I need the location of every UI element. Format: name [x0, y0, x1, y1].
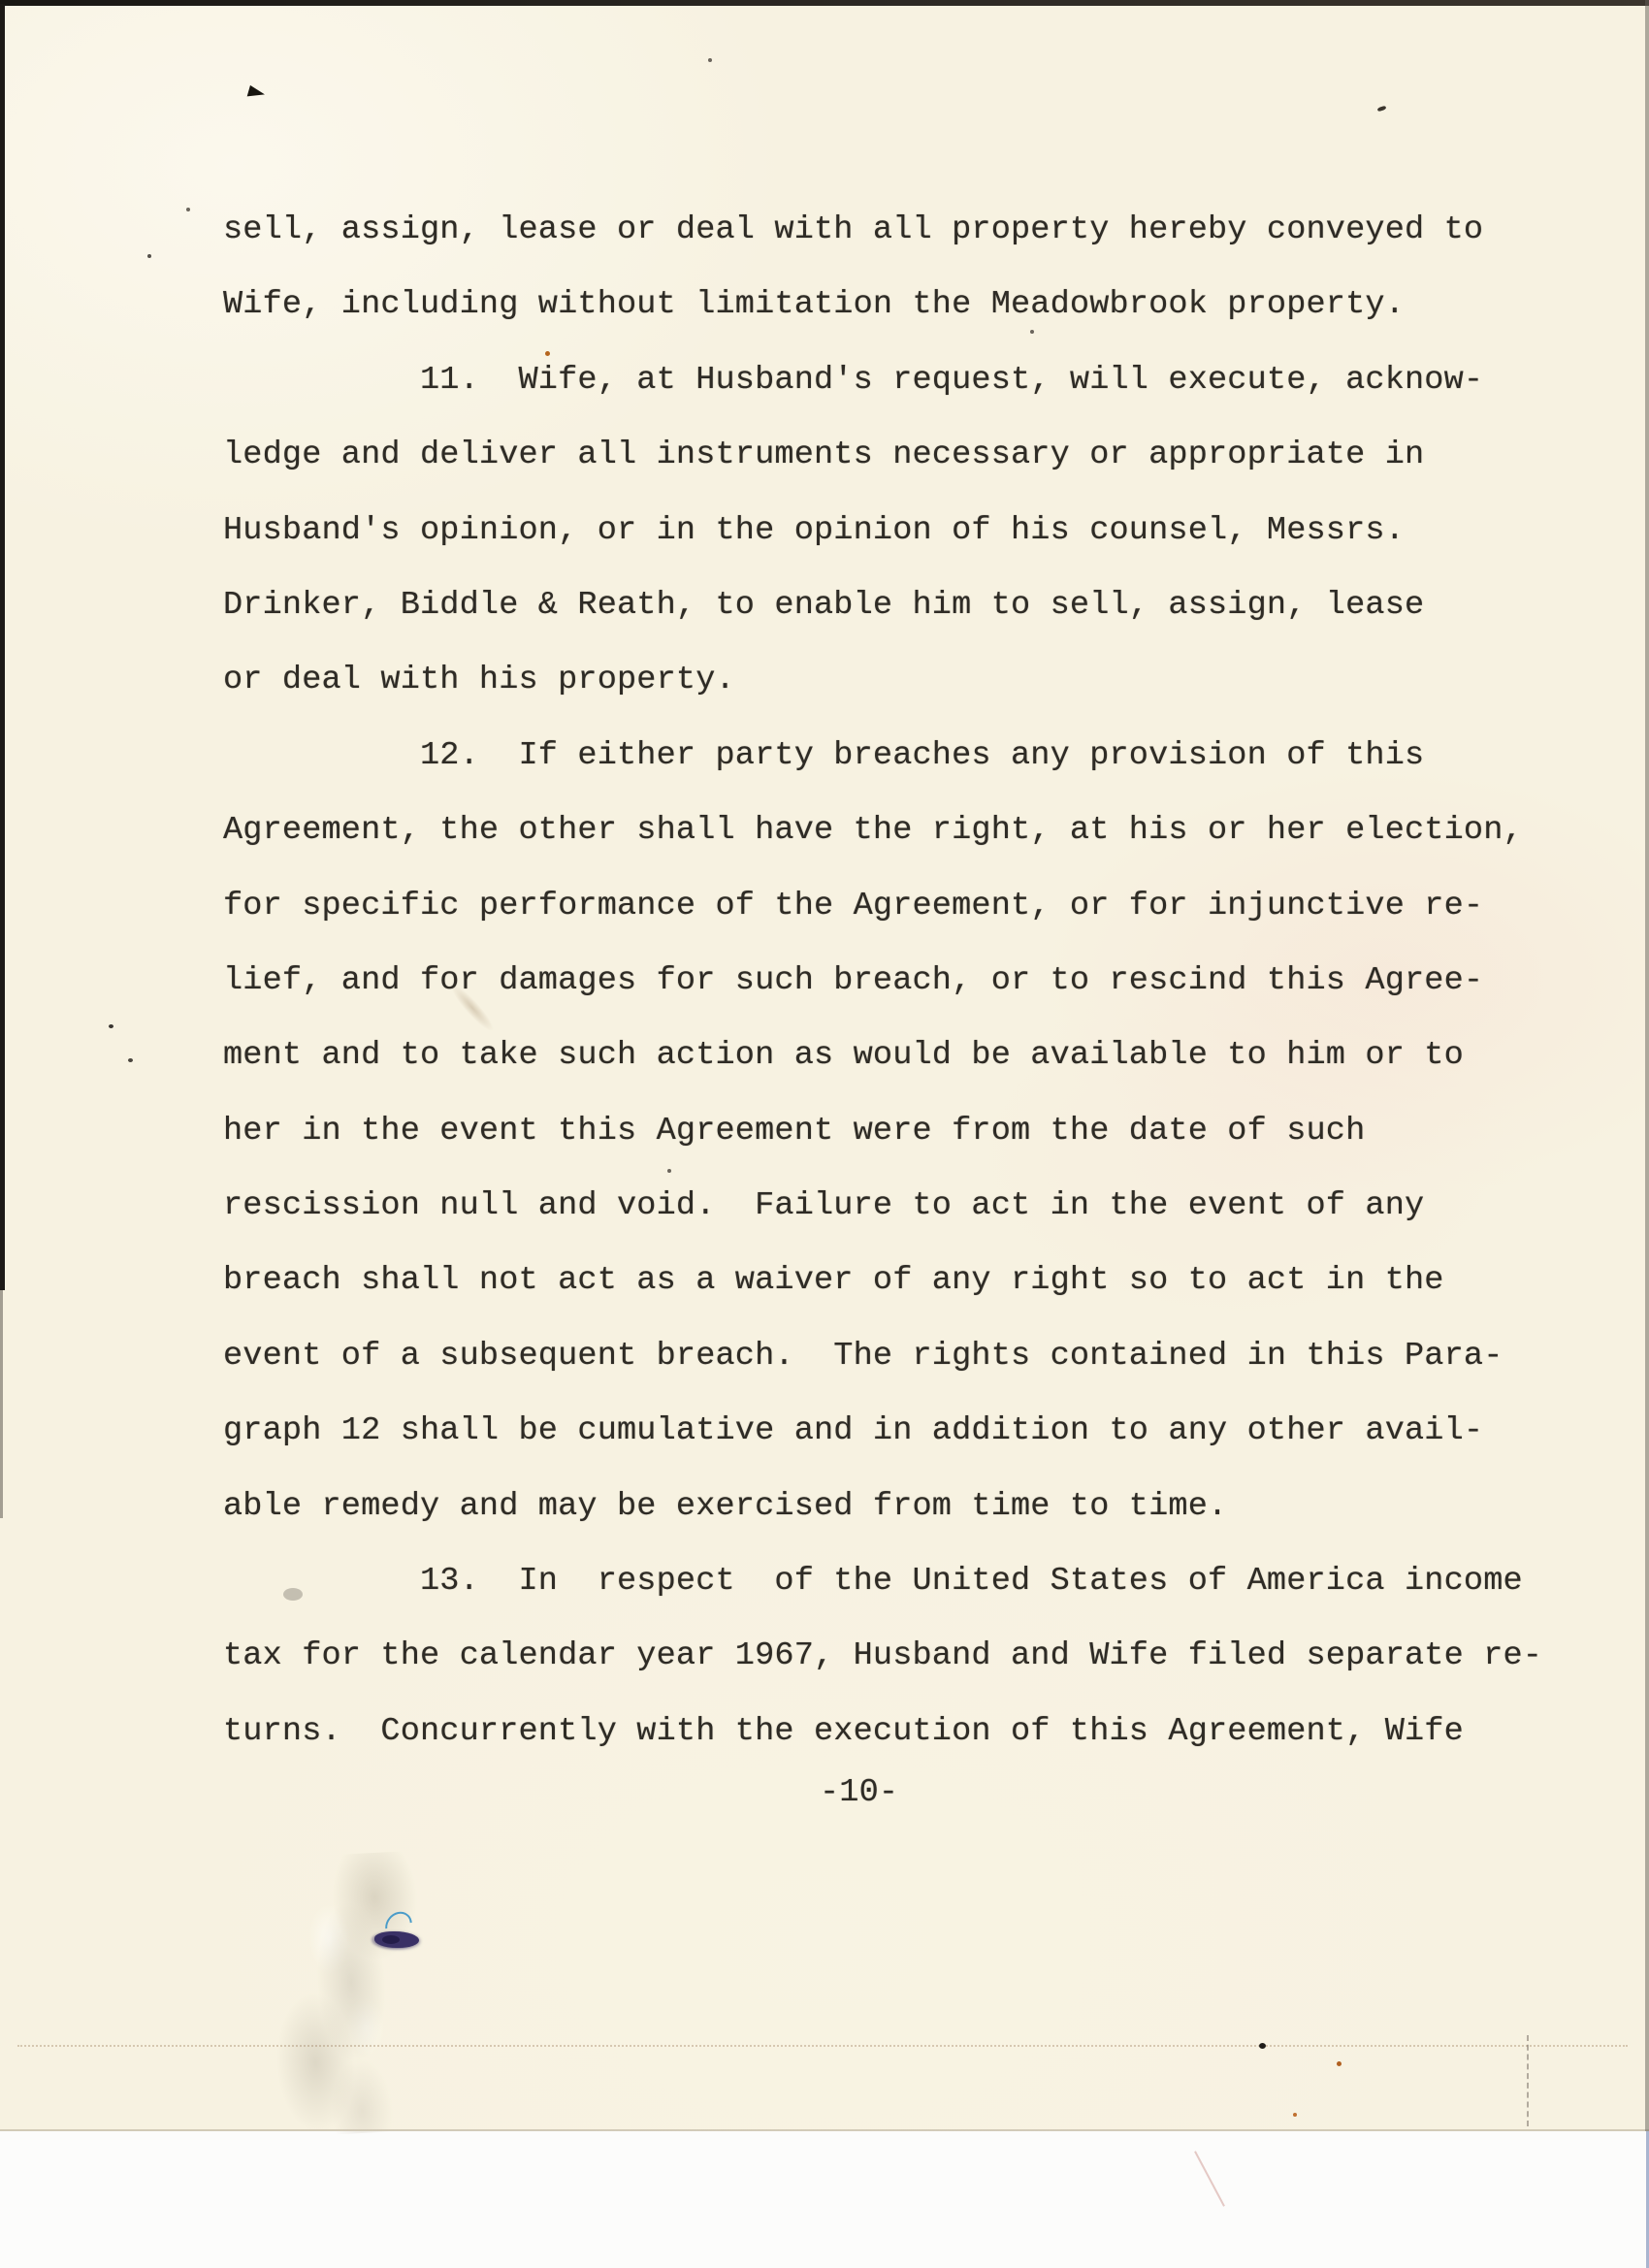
document-line: tax for the calendar year 1967, Husband …: [223, 1619, 1581, 1694]
page-number: -10-: [820, 1773, 898, 1812]
document-line: event of a subsequent breach. The rights…: [223, 1319, 1581, 1394]
document-line: for specific performance of the Agreemen…: [223, 869, 1581, 944]
page-text: sell, assign, lease or deal with all pro…: [223, 193, 1581, 1769]
scan-edge-right: [1645, 0, 1649, 2131]
document-line: rescission null and void. Failure to act…: [223, 1169, 1581, 1244]
document-line: Agreement, the other shall have the righ…: [223, 794, 1581, 868]
paper-speck: [1293, 2113, 1297, 2117]
scanned-document: sell, assign, lease or deal with all pro…: [0, 0, 1649, 2268]
scan-edge-top: [0, 0, 1649, 6]
paper-speck: [128, 1058, 133, 1062]
document-line: or deal with his property.: [223, 643, 1581, 718]
pink-streak: [1194, 2151, 1225, 2206]
paper-speck: [147, 254, 151, 258]
document-line: lief, and for damages for such breach, o…: [223, 944, 1581, 1019]
smudge-blob: [283, 1588, 303, 1601]
document-line: 12. If either party breaches any provisi…: [223, 719, 1581, 794]
paper-speck: [1259, 2043, 1266, 2049]
document-line: her in the event this Agreement were fro…: [223, 1094, 1581, 1169]
water-stain: [234, 1850, 447, 2139]
document-line: graph 12 shall be cumulative and in addi…: [223, 1394, 1581, 1469]
paper-speck: [1337, 2061, 1342, 2066]
document-line: able remedy and may be exercised from ti…: [223, 1470, 1581, 1544]
document-line: 13. In respect of the United States of A…: [223, 1544, 1581, 1619]
document-line: sell, assign, lease or deal with all pro…: [223, 193, 1581, 268]
paper-speck: [1030, 330, 1034, 334]
document-line: breach shall not act as a waiver of any …: [223, 1244, 1581, 1318]
paper-speck: [109, 1024, 113, 1028]
document-line: ment and to take such action as would be…: [223, 1019, 1581, 1093]
paper-speck: [186, 208, 190, 211]
faint-crease-line: [17, 2045, 1628, 2047]
document-line: ledge and deliver all instruments necess…: [223, 418, 1581, 493]
scan-edge-left: [0, 4, 5, 1290]
document-line: turns. Concurrently with the execution o…: [223, 1695, 1581, 1769]
scan-edge-left-fade: [0, 1290, 3, 1518]
document-line: Husband's opinion, or in the opinion of …: [223, 494, 1581, 568]
paper-speck: [708, 58, 712, 62]
document-line: Wife, including without limitation the M…: [223, 268, 1581, 342]
document-line: Drinker, Biddle & Reath, to enable him t…: [223, 568, 1581, 643]
paper-speck: [545, 351, 550, 356]
paper-speck: [667, 1169, 671, 1173]
fold-mark: [1527, 2035, 1529, 2126]
document-line: 11. Wife, at Husband's request, will exe…: [223, 343, 1581, 418]
